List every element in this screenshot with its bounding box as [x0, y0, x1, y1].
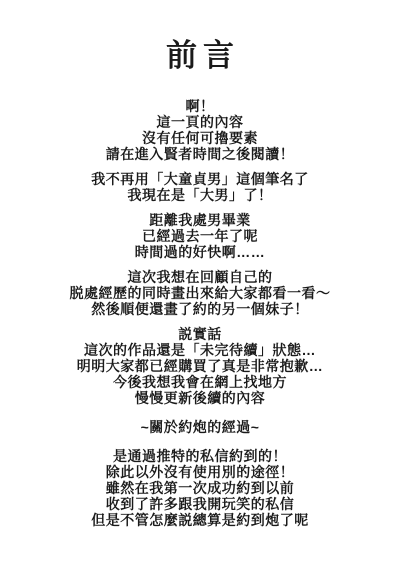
text-line: 是通過推特的私信約到的！ [0, 448, 400, 464]
paragraph-intro-warning: 啊！ 這一頁的內容 沒有任何可擼要素 請在進入賢者時間之後閱讀！ [0, 98, 400, 162]
page-title: 前言 [0, 0, 400, 71]
text-line: 脱處經歷的同時畫出來給大家都看一看～ [0, 285, 400, 301]
text-line: 已經過去一年了呢 [0, 228, 400, 244]
text-line: 除此以外沒有使用別的途徑！ [0, 464, 400, 480]
text-line: 時間過的好快啊…… [0, 244, 400, 260]
text-line: 沒有任何可擼要素 [0, 130, 400, 146]
text-line: 收到了許多跟我開玩笑的私信 [0, 496, 400, 512]
text-line: 明明大家都已經購買了真是非常抱歉… [0, 358, 400, 374]
text-line: 這一頁的內容 [0, 114, 400, 130]
text-line: 距離我處男畢業 [0, 212, 400, 228]
paragraph-this-work: 這次我想在回顧自己的 脱處經歷的同時畫出來給大家都看一看～ 然後順便還畫了約的另… [0, 269, 400, 317]
text-line: 今後我想我會在網上找地方 [0, 374, 400, 390]
text-line: 請在進入賢者時間之後閱讀！ [0, 146, 400, 162]
paragraph-apology: 説實話 這次的作品還是「未完待續」狀態… 明明大家都已經購買了真是非常抱歉… 今… [0, 326, 400, 406]
text-line: 慢慢更新後續的內容 [0, 390, 400, 406]
paragraph-how-it-happened: 是通過推特的私信約到的！ 除此以外沒有使用別的途徑！ 雖然在我第一次成功約到以前… [0, 448, 400, 528]
text-line: 但是不管怎麼説總算是約到炮了呢 [0, 512, 400, 528]
text-line: 我現在是「大男」了！ [0, 187, 400, 203]
text-line: 我不再用「大童貞男」這個筆名了 [0, 171, 400, 187]
text-line: 雖然在我第一次成功約到以前 [0, 480, 400, 496]
paragraph-pen-name: 我不再用「大童貞男」這個筆名了 我現在是「大男」了！ [0, 171, 400, 203]
text-line: 啊！ [0, 98, 400, 114]
text-line: 説實話 [0, 326, 400, 342]
text-line: 這次我想在回顧自己的 [0, 269, 400, 285]
text-line: 然後順便還畫了約的另一個妹子！ [0, 301, 400, 317]
text-line: ~關於約炮的經過~ [0, 419, 400, 435]
text-line: 這次的作品還是「未完待續」狀態… [0, 342, 400, 358]
preface-page: 前言 啊！ 這一頁的內容 沒有任何可擼要素 請在進入賢者時間之後閱讀！ 我不再用… [0, 0, 400, 571]
paragraph-one-year: 距離我處男畢業 已經過去一年了呢 時間過的好快啊…… [0, 212, 400, 260]
section-heading: ~關於約炮的經過~ [0, 419, 400, 435]
